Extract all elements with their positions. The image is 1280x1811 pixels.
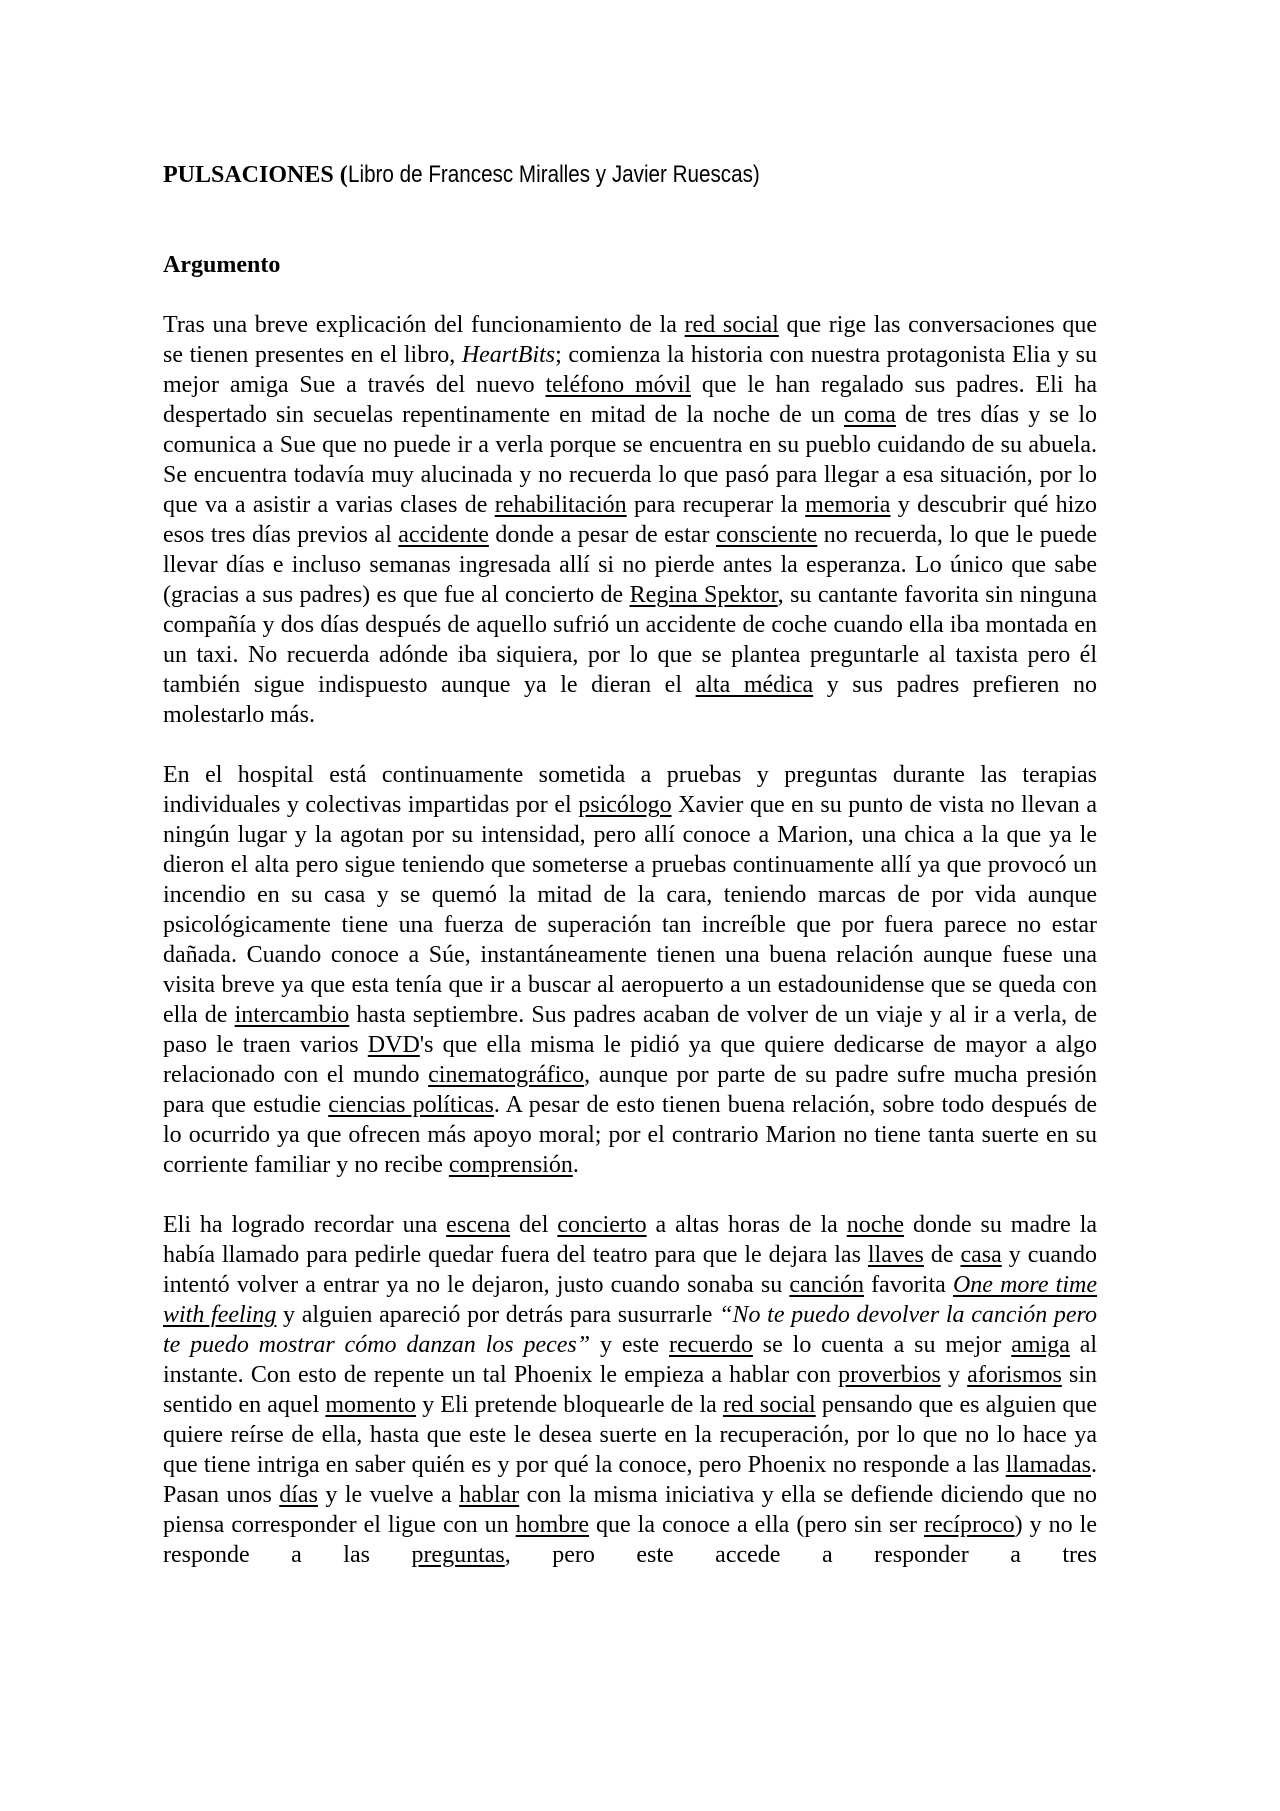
- text-run-u: hombre: [516, 1512, 589, 1538]
- text-run: y Eli pretende bloquearle de la: [416, 1392, 723, 1418]
- text-run-u: psicólogo: [578, 792, 671, 818]
- text-run-u: preguntas: [411, 1542, 504, 1568]
- text-run: y: [941, 1362, 967, 1388]
- text-run-u: cinematográfico: [428, 1062, 584, 1088]
- text-run: y este: [590, 1332, 669, 1358]
- text-run-u: días: [279, 1482, 318, 1508]
- text-run: Xavier que en su punto de vista no lleva…: [163, 792, 1097, 1028]
- text-run-u: noche: [847, 1212, 904, 1238]
- text-run-u: alta médica: [696, 672, 814, 698]
- text-run-u: ciencias políticas: [328, 1092, 494, 1118]
- text-run-u: momento: [325, 1392, 416, 1418]
- text-run: Eli ha logrado recordar una: [163, 1212, 446, 1238]
- text-run: se lo cuenta a su mejor: [753, 1332, 1011, 1358]
- text-run: Tras una breve explicación del funcionam…: [163, 312, 685, 338]
- text-run: que la conoce a ella (pero sin ser: [589, 1512, 924, 1538]
- text-run: donde a pesar de estar: [489, 522, 716, 548]
- text-run-u: llamadas: [1006, 1452, 1091, 1478]
- text-run-u: Regina Spektor: [630, 582, 778, 608]
- text-run-u: accidente: [398, 522, 489, 548]
- paragraph-1: Tras una breve explicación del funcionam…: [163, 310, 1097, 730]
- text-run-i: HeartBits: [462, 342, 555, 368]
- text-run-u: coma: [844, 402, 896, 428]
- text-run-u: memoria: [805, 492, 890, 518]
- text-run: y le vuelve a: [318, 1482, 459, 1508]
- paragraph-3: Eli ha logrado recordar una escena del c…: [163, 1210, 1097, 1570]
- text-run: para recuperar la: [627, 492, 805, 518]
- text-run-u: hablar: [459, 1482, 519, 1508]
- text-run-u: amiga: [1011, 1332, 1070, 1358]
- text-run: favorita: [864, 1272, 953, 1298]
- text-run-u: llaves: [868, 1242, 924, 1268]
- text-run-u: DVD: [368, 1032, 420, 1058]
- text-run-u: canción: [789, 1272, 864, 1298]
- paragraph-2: En el hospital está continuamente someti…: [163, 760, 1097, 1180]
- text-run: , pero este accede a responder a tres: [505, 1542, 1097, 1568]
- text-run: .: [573, 1152, 579, 1178]
- text-run-u: casa: [960, 1242, 1001, 1268]
- text-run-u: rehabilitación: [495, 492, 627, 518]
- text-run-u: teléfono móvil: [546, 372, 692, 398]
- text-run: y alguien apareció por detrás para susur…: [276, 1302, 719, 1328]
- text-run-u: red social: [685, 312, 779, 338]
- text-run-u: consciente: [716, 522, 817, 548]
- title-bold-text: PULSACIONES (: [163, 162, 348, 188]
- text-run-u: recíproco: [924, 1512, 1015, 1538]
- document-page: PULSACIONES (Libro de Francesc Miralles …: [0, 0, 1280, 1811]
- document-content: PULSACIONES (Libro de Francesc Miralles …: [163, 0, 1097, 1570]
- document-title: PULSACIONES (Libro de Francesc Miralles …: [163, 160, 1097, 190]
- text-run-u: comprensión: [449, 1152, 573, 1178]
- text-run-u: recuerdo: [669, 1332, 753, 1358]
- text-run: de: [924, 1242, 961, 1268]
- text-run-u: concierto: [557, 1212, 646, 1238]
- title-subtitle-text: Libro de Francesc Miralles y Javier Rues…: [348, 160, 760, 190]
- text-run-u: escena: [446, 1212, 510, 1238]
- text-run: a altas horas de la: [647, 1212, 847, 1238]
- section-heading-argumento: Argumento: [163, 250, 1097, 280]
- text-run-u: proverbios: [838, 1362, 941, 1388]
- text-run: del: [510, 1212, 557, 1238]
- text-run-u: red social: [723, 1392, 816, 1418]
- text-run-u: intercambio: [235, 1002, 350, 1028]
- text-run-u: aforismos: [967, 1362, 1062, 1388]
